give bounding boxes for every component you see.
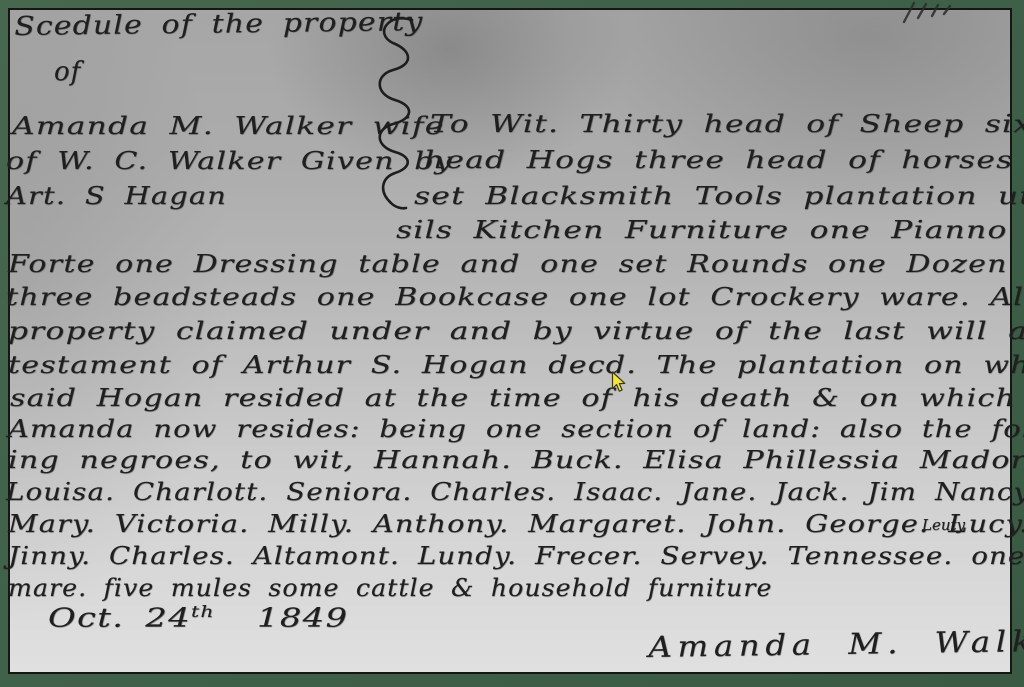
date-line: Oct. 24th 1849 [48,603,348,634]
date-day: Oct. 24 [48,604,191,634]
corner-ink-mark-icon [900,0,960,26]
mouse-cursor-icon [611,371,627,393]
scan-frame: Scedule of the property of Amanda M. Wal… [0,0,1024,687]
body-line: Louisa. Charlott. Seniora. Charles. Isaa… [6,478,1024,506]
header-grantor-line: Art. S Hagan [6,182,227,210]
body-line: Mary. Victoria. Milly. Anthony. Margaret… [8,510,1024,538]
header-of-line: of [54,57,81,87]
body-line: Jinny. Charles. Altamont. Lundy. Frecer.… [8,542,1024,570]
to-wit-line: head Hogs three head of horses one [424,146,1024,174]
inserted-name: Leuty [922,516,965,534]
to-wit-line: set Blacksmith Tools plantation uten [414,182,1024,210]
body-line: said Hogan resided at the time of his de… [10,384,1024,412]
body-line: ing negroes, to wit, Hannah. Buck. Elisa… [8,446,1024,474]
header-title-line: Scedule of the property [14,7,424,42]
body-line: testament of Arthur S. Hogan decd. The p… [8,351,1024,379]
date-year: 1849 [257,604,348,634]
to-wit-line: To Wit. Thirty head of Sheep sixty [430,110,1024,138]
body-line: three beadsteads one Bookcase one lot Cr… [6,283,1024,311]
signature: Amanda M. Walker [648,623,1024,664]
body-line: Forte one Dressing table and one set Rou… [8,250,1024,278]
body-line: Amanda now resides: being one section of… [8,415,1024,443]
body-line: property claimed under and by virtue of … [8,317,1024,345]
to-wit-line: sils Kitchen Furniture one Pianno [396,216,1008,244]
body-line: mare. five mules some cattle & household… [8,574,772,602]
date-ordinal: th [191,603,215,621]
